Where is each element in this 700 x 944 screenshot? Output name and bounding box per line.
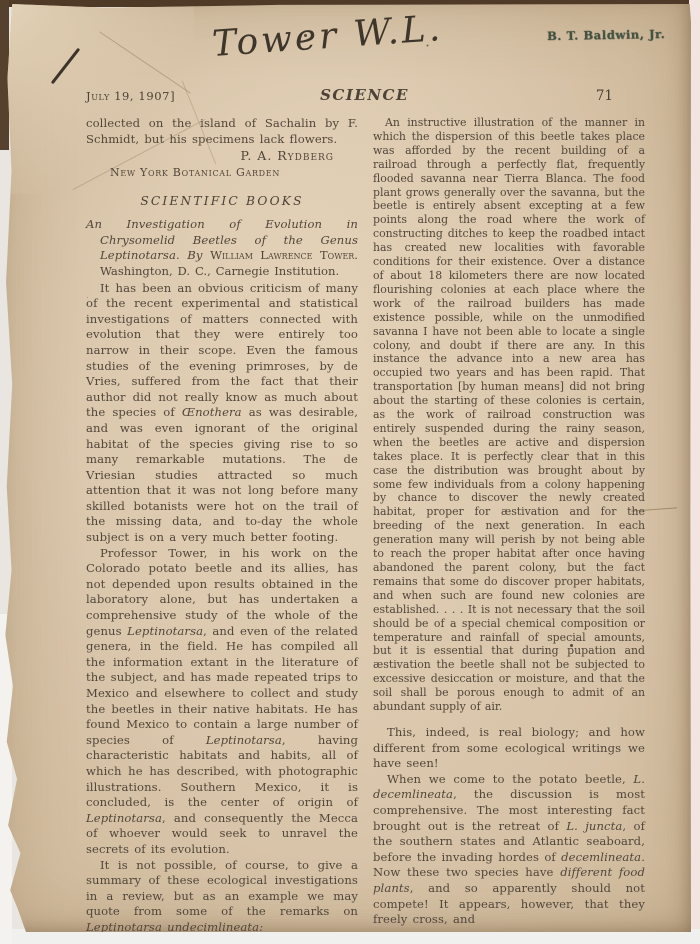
ownership-stamp: B. T. Baldwin, Jr. (547, 27, 666, 43)
journal-page: Tower W.L. B. T. Baldwin, Jr. July 19, 1… (4, 4, 691, 932)
author-affiliation: New York Botanical Garden (110, 166, 358, 179)
author-signature: P. A. Rydberg (86, 148, 358, 163)
review-paragraph: This, indeed, is real biology; and how d… (373, 725, 645, 772)
paragraph-continuation: collected on the island of Sachalin by F… (86, 116, 358, 147)
issue-date: July 19, 1907] (86, 89, 175, 103)
crease-line (99, 31, 191, 93)
review-paragraph: Professor Tower, in his work on the Colo… (86, 546, 358, 858)
book-citation: An Investigation of Evolution in Chrysom… (86, 217, 358, 279)
block-quote: An instructive illustration of the manne… (373, 116, 645, 714)
running-head: July 19, 1907] SCIENCE 71 (86, 86, 643, 104)
journal-title: SCIENCE (320, 86, 409, 104)
handwritten-owner-note: Tower W.L. (211, 8, 444, 65)
page-number: 71 (596, 88, 643, 104)
pen-slash-mark (51, 48, 80, 85)
right-column: An instructive illustration of the manne… (373, 116, 645, 912)
scanned-page-canvas: Tower W.L. B. T. Baldwin, Jr. July 19, 1… (0, 0, 700, 944)
review-paragraph: It is not possible, of course, to give a… (86, 858, 358, 936)
left-column: collected on the island of Sachalin by F… (86, 116, 358, 912)
review-paragraph: It has been an obvious criticism of many… (86, 281, 358, 546)
section-heading: SCIENTIFIC BOOKS (86, 194, 358, 208)
text-columns: collected on the island of Sachalin by F… (86, 116, 645, 912)
review-paragraph: When we come to the potato beetle, L. de… (373, 772, 645, 928)
